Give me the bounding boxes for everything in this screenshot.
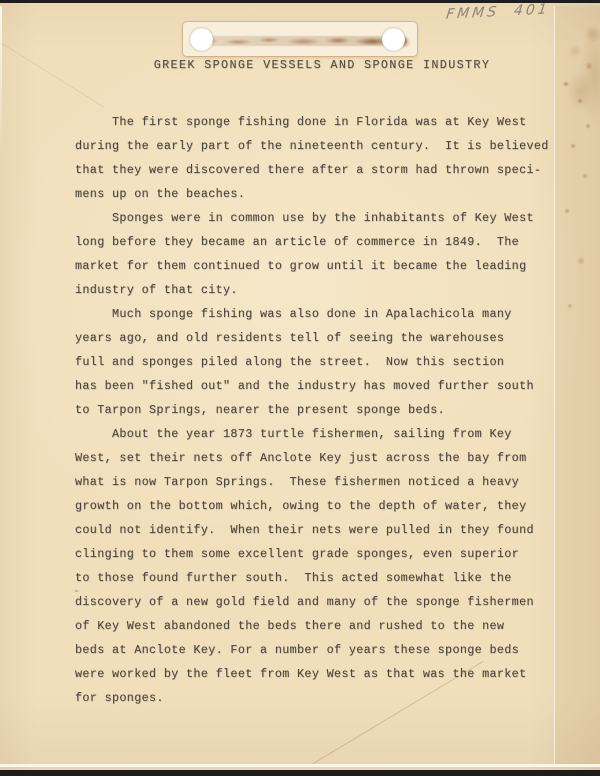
paragraph: Much sponge fishing was also done in Apa… [75,302,545,422]
paragraph: Sponges were in common use by the inhabi… [75,206,545,302]
punch-hole-icon [190,28,213,51]
text-line: full and sponges piled along the street.… [75,350,545,374]
age-smudge [556,63,596,133]
margin-pencil-mark: - [73,584,80,598]
text-line: years ago, and old residents tell of see… [75,326,545,350]
text-line: during the early part of the nineteenth … [75,134,545,158]
text-line: industry of that city. [75,278,545,302]
text-line: has been "fished out" and the industry h… [75,374,545,398]
scanned-document-page: FMMS 401 GREEK SPONGE VESSELS AND SPONGE… [0,0,600,776]
text-line: About the year 1873 turtle fishermen, sa… [75,422,545,446]
text-line: that they were discovered there after a … [75,158,545,182]
text-line: long before they became an article of co… [75,230,545,254]
text-line: to those found further south. This acted… [75,566,545,590]
text-line: Much sponge fishing was also done in Apa… [75,302,545,326]
text-line: mens up on the beaches. [75,182,545,206]
text-line: what is now Tarpon Springs. These fisher… [75,470,545,494]
paper-edge-highlight [0,764,600,767]
text-line: of Key West abandoned the beds there and… [75,614,545,638]
document-title: GREEK SPONGE VESSELS AND SPONGE INDUSTRY [0,58,600,72]
text-line: market for them continued to grow until … [75,254,545,278]
text-line: Sponges were in common use by the inhabi… [75,206,545,230]
text-line: for sponges. [75,686,545,710]
punch-hole-icon [382,28,405,51]
text-line: West, set their nets off Anclote Key jus… [75,446,545,470]
tape-adhesive-stain [191,36,407,46]
text-line: to Tarpon Springs, nearer the present sp… [75,398,545,422]
tape-strip [183,22,417,56]
text-line: growth on the bottom which, owing to the… [75,494,545,518]
crease-line [2,43,104,107]
text-line: were worked by the fleet from Key West a… [75,662,545,686]
text-line: The first sponge fishing done in Florida… [75,110,545,134]
paper-edge-highlight [0,6,2,156]
document-body: The first sponge fishing done in Florida… [75,110,545,710]
paragraph: About the year 1873 turtle fishermen, sa… [75,422,545,710]
text-line: discovery of a new gold field and many o… [75,590,545,614]
text-line: beds at Anclote Key. For a number of yea… [75,638,545,662]
paragraph: The first sponge fishing done in Florida… [75,110,545,206]
text-line: clinging to them some excellent grade sp… [75,542,545,566]
text-line: could not identify. When their nets were… [75,518,545,542]
